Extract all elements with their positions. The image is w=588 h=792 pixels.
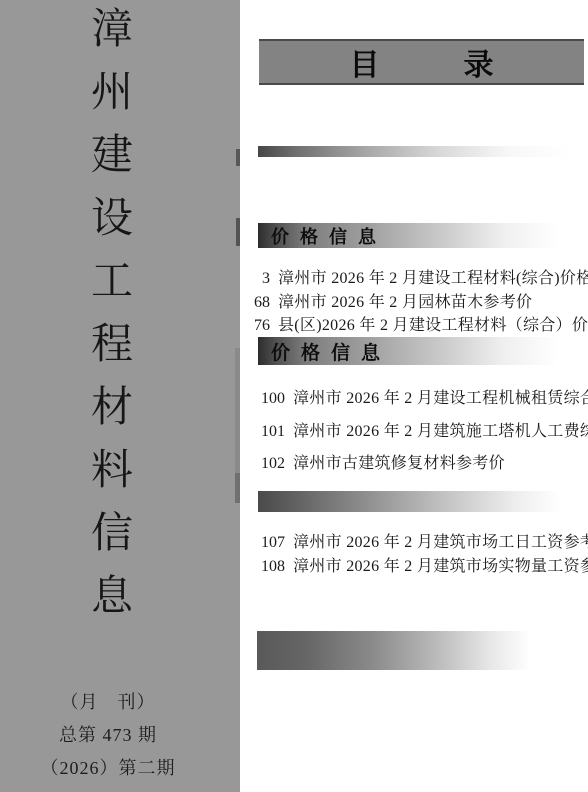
publication-issue-total: 总第 473 期 [0,719,228,752]
toc-entry-label: 漳州市 2026 年 2 月建筑施工塔机人工费综合价 [293,418,588,441]
toc-entry-label: 漳州市 2026 年 2 月建筑市场工日工资参考价 [293,529,588,552]
publication-issue-number: （2026）第二期 [0,752,228,785]
publication-issue-info: （月 刊） 总第 473 期 （2026）第二期 [0,686,228,785]
toc-entry-page: 76 [252,317,270,335]
divider-gradient-bar-top [258,146,570,157]
toc-entry: 68 漳州市 2026 年 2 月园林苗木参考价 [252,289,532,312]
toc-entry-page: 107 [252,534,285,552]
toc-entry: 107 漳州市 2026 年 2 月建筑市场工日工资参考价 [252,529,588,552]
toc-entry-label: 漳州市 2026 年 2 月建设工程材料(综合)价格 [278,265,588,288]
toc-entry: 108 漳州市 2026 年 2 月建筑市场实物量工资参考价 [252,553,588,576]
section-title: 价格信息 [271,338,391,365]
section-bar-price-info-2: 价格信息 [258,337,584,365]
toc-content: 目录 价格信息 3 漳州市 2026 年 2 月建设工程材料(综合)价格 68 … [240,0,588,792]
toc-entry: 100 漳州市 2026 年 2 月建设工程机械租赁综合价 [252,385,588,408]
toc-entry-page: 68 [252,294,270,312]
publication-frequency: （月 刊） [0,686,228,719]
toc-entry-page: 108 [252,558,285,576]
divider-gradient-bar-bottom [257,631,530,670]
publication-title-vertical: 漳州建设工程材料信息 [85,6,131,666]
section-title: 价格信息 [271,223,387,249]
toc-title: 目录 [266,40,578,84]
divider-gradient-bar-middle [258,491,578,512]
toc-entry-page: 101 [252,423,285,441]
toc-entry: 102 漳州市古建筑修复材料参考价 [252,450,505,473]
toc-entry-page: 3 [252,270,270,288]
section-bar-price-info-1: 价格信息 [258,223,584,248]
toc-entry-page: 100 [252,390,285,408]
toc-entry: 76 县(区)2026 年 2 月建设工程材料（综合）价格 [252,312,588,335]
toc-entry-page: 102 [252,455,285,473]
toc-entry-label: 县(区)2026 年 2 月建设工程材料（综合）价格 [278,312,588,335]
toc-header-bar: 目录 [259,39,584,85]
toc-entry-label: 漳州市 2026 年 2 月建设工程机械租赁综合价 [293,385,588,408]
toc-entry-label: 漳州市 2026 年 2 月园林苗木参考价 [278,289,532,312]
toc-entry: 101 漳州市 2026 年 2 月建筑施工塔机人工费综合价 [252,418,588,441]
toc-entry-label: 漳州市古建筑修复材料参考价 [293,450,505,473]
toc-entry: 3 漳州市 2026 年 2 月建设工程材料(综合)价格 [252,265,588,288]
toc-entry-label: 漳州市 2026 年 2 月建筑市场实物量工资参考价 [293,553,588,576]
cover-sidebar: 漳州建设工程材料信息 （月 刊） 总第 473 期 （2026）第二期 [0,0,240,792]
